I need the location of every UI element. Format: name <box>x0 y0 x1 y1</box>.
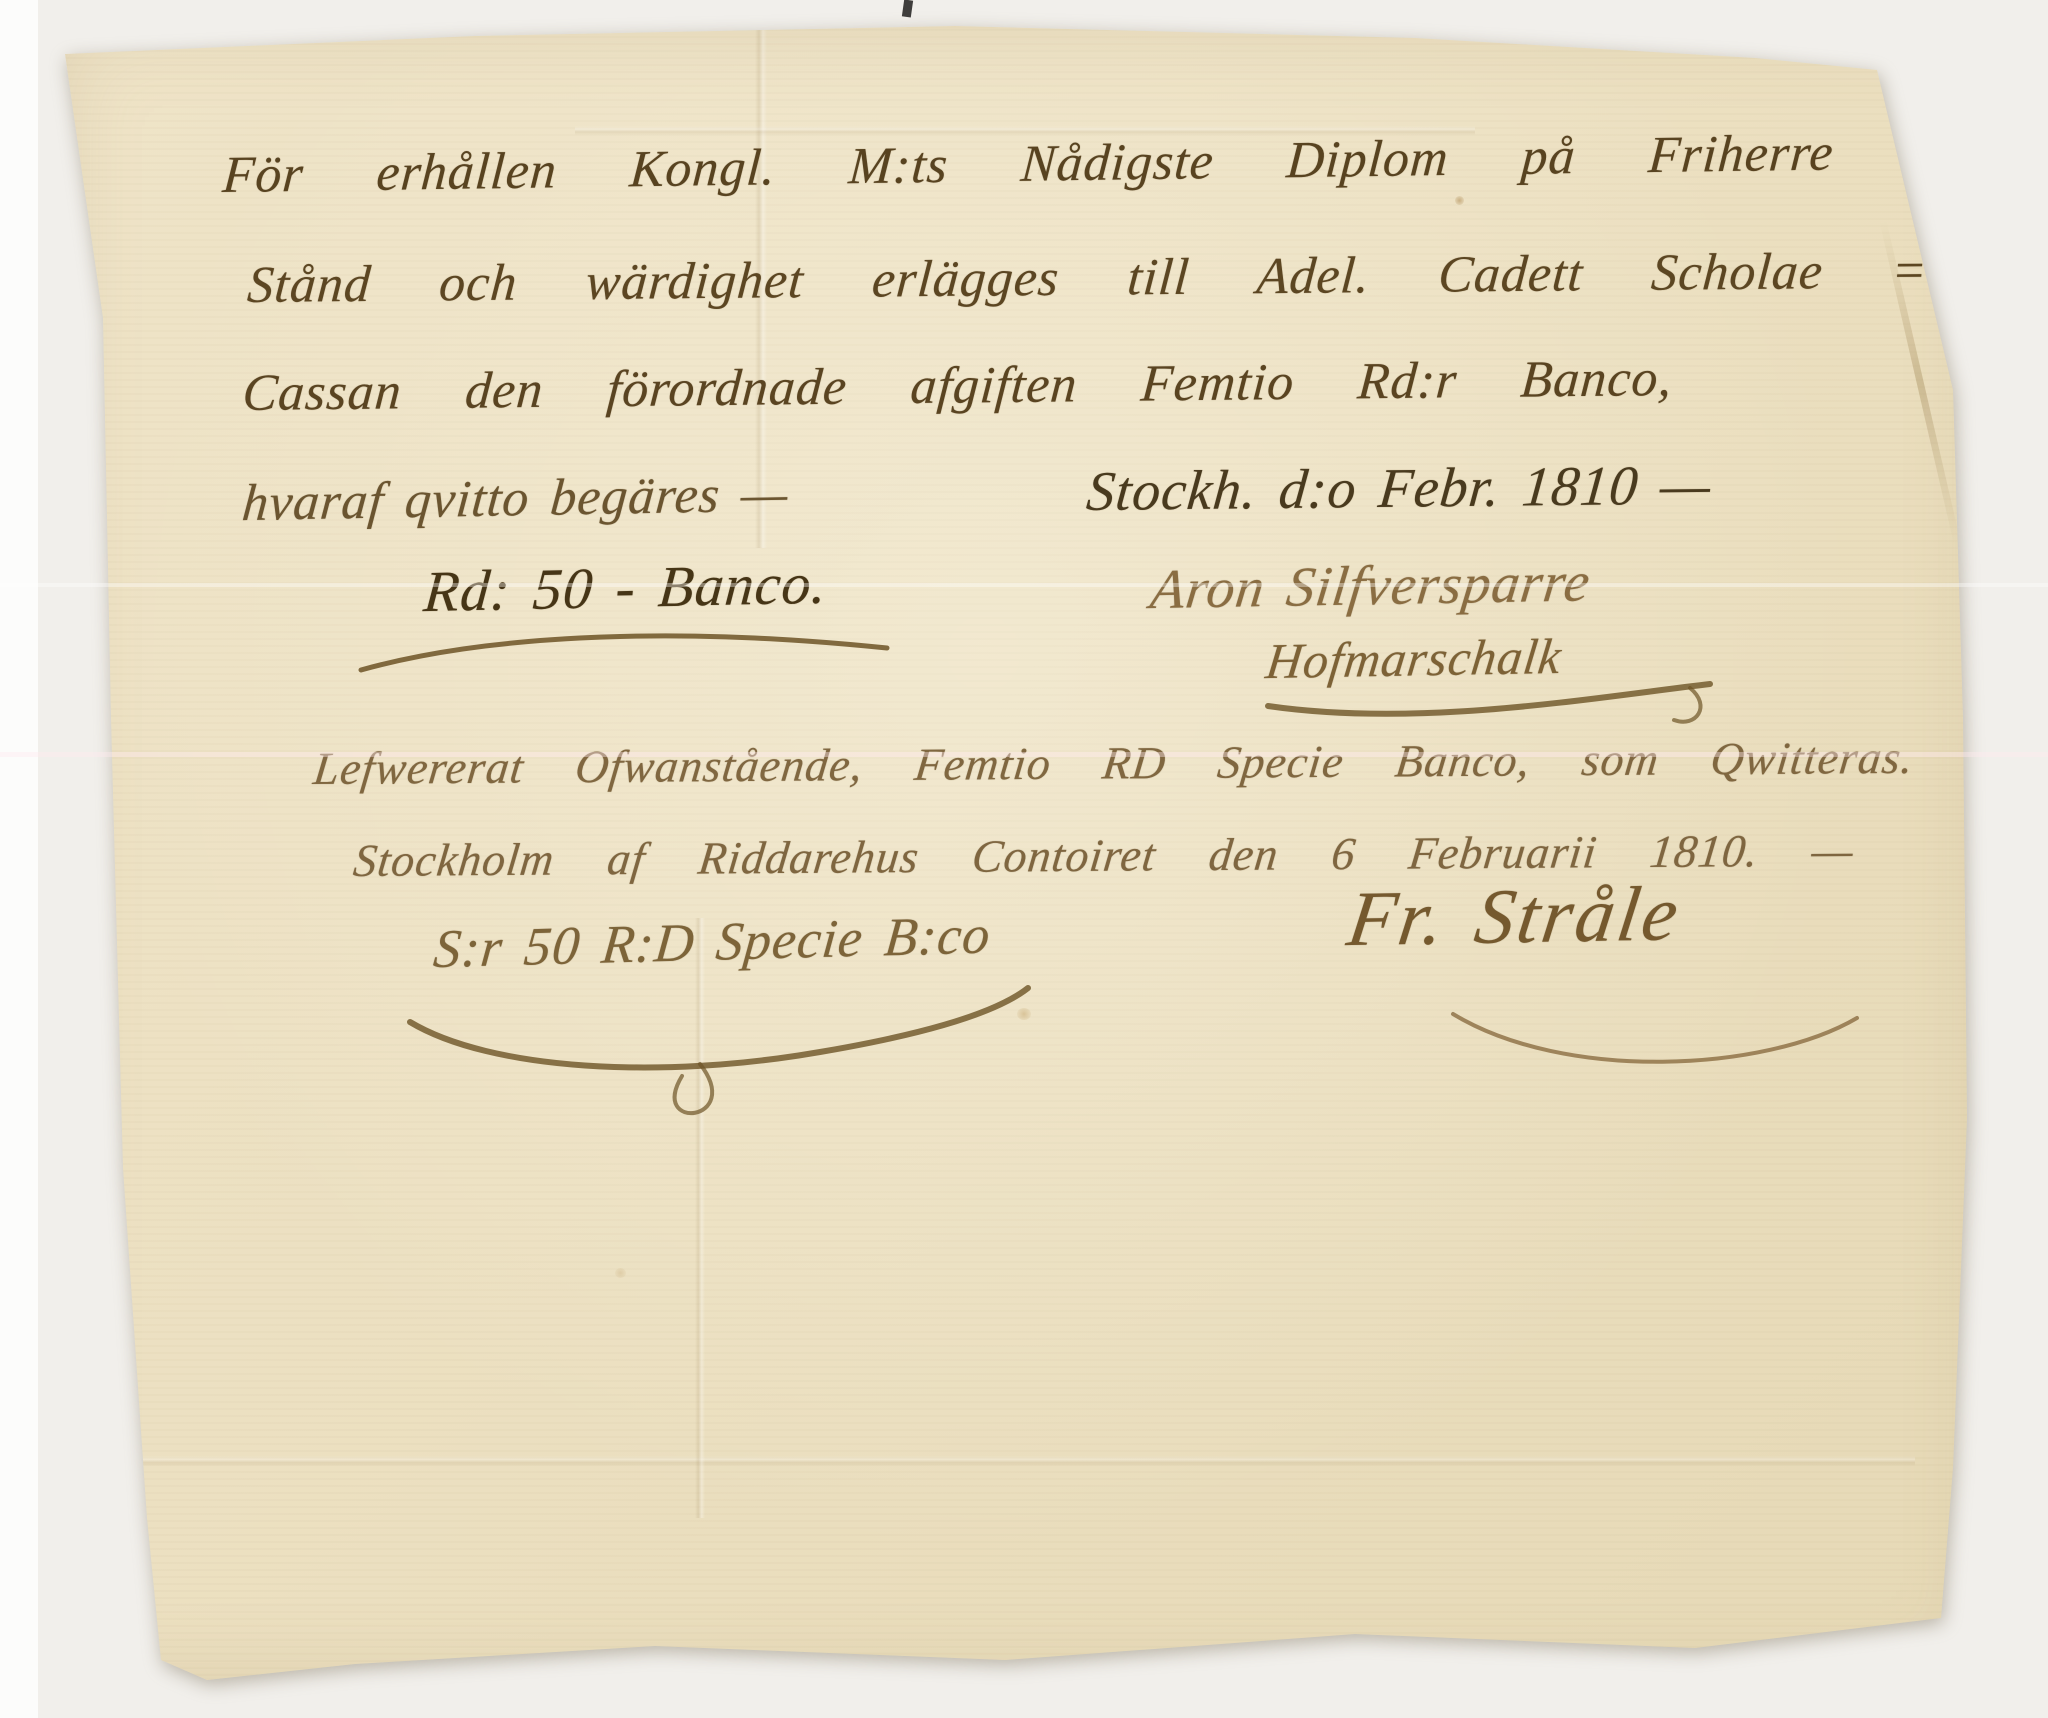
scan-mark <box>902 0 913 18</box>
age-spot <box>1455 196 1464 205</box>
paper-sheet: För erhållen Kongl. M:ts Nådigste Diplom… <box>55 18 1990 1690</box>
paper-crease <box>115 1456 1915 1466</box>
request-clause: hvaraf qvitto begäres — <box>240 464 791 533</box>
amount-note: Rd: 50 - Banco. <box>421 550 830 626</box>
scan-bed-strip <box>0 0 38 1718</box>
paper-crease <box>695 918 705 1518</box>
flourish-under-sum <box>400 980 1040 1140</box>
signature-aron-silfversparre: Aron Silfversparre <box>1147 550 1594 622</box>
scanned-document-canvas: För erhållen Kongl. M:ts Nådigste Diplom… <box>0 0 2048 1718</box>
handwriting-line-2: Stånd och wärdighet erlägges till Adel. … <box>245 241 1930 315</box>
receipt-line-1: Lefwererat Ofwanstående, Femtio RD Speci… <box>311 731 1917 795</box>
handwriting-line-3: Cassan den förordnade afgiften Femtio Rd… <box>240 349 1674 423</box>
place-date: Stockh. d:o Febr. 1810 — <box>1084 453 1714 524</box>
flourish-under-signature <box>1445 996 1865 1096</box>
signature-strale: Fr. Stråle <box>1342 868 1686 964</box>
handwriting-line-1: För erhållen Kongl. M:ts Nådigste Diplom… <box>221 122 1945 205</box>
age-spot <box>1017 1008 1031 1020</box>
age-spot <box>1923 104 1939 118</box>
receipt-sum: S:r 50 R:D Specie B:co <box>431 903 994 980</box>
signature-title-hofmarschalk: Hofmarschalk <box>1263 627 1565 690</box>
paper-document: För erhållen Kongl. M:ts Nådigste Diplom… <box>55 18 1990 1690</box>
age-spot <box>615 1268 626 1278</box>
